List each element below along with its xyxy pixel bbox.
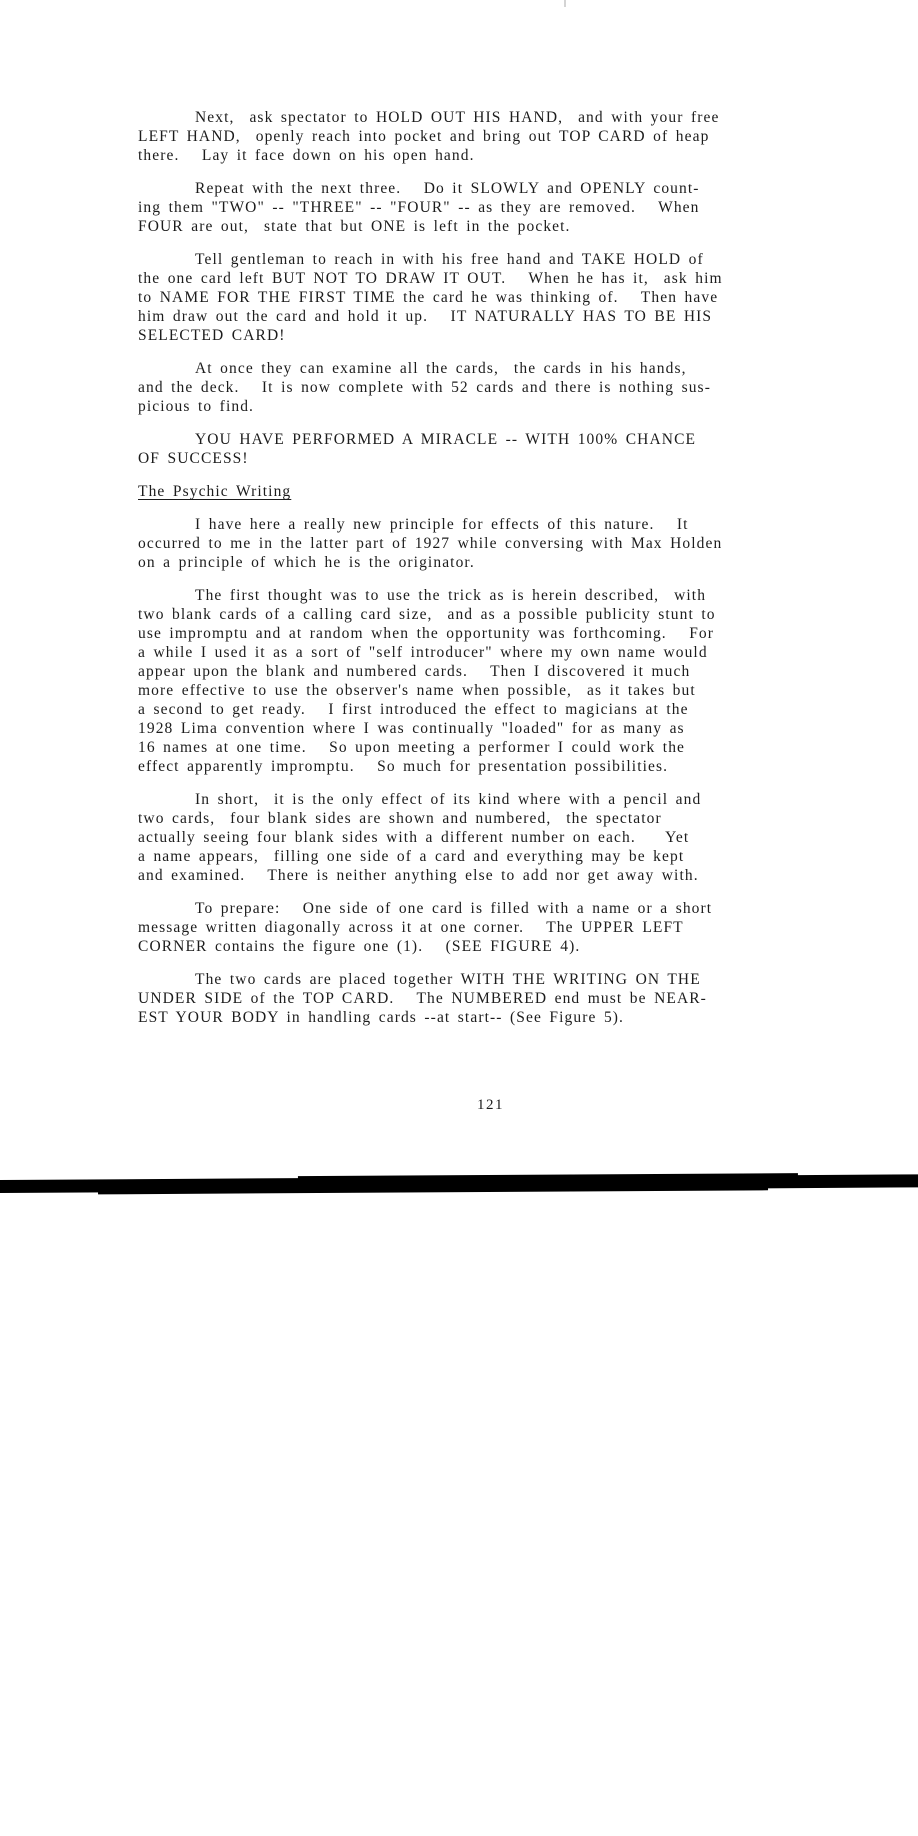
paragraph-first-thought: The first thought was to use the trick a… xyxy=(138,586,843,776)
redaction-bar-step xyxy=(98,1185,768,1194)
paragraph-two-cards-placed: The two cards are placed together WITH T… xyxy=(138,970,843,1027)
scan-artifact xyxy=(564,0,566,7)
section-heading: The Psychic Writing xyxy=(138,482,843,501)
paragraph-repeat-next-three: Repeat with the next three. Do it SLOWLY… xyxy=(138,179,843,236)
paragraph-in-short: In short, it is the only effect of its k… xyxy=(138,790,843,885)
paragraph-hold-out-hand: Next, ask spectator to HOLD OUT HIS HAND… xyxy=(138,108,843,165)
paragraph-to-prepare: To prepare: One side of one card is fill… xyxy=(138,899,843,956)
paragraph-new-principle: I have here a really new principle for e… xyxy=(138,515,843,572)
redaction-bar xyxy=(0,1174,918,1193)
page-text: Next, ask spectator to HOLD OUT HIS HAND… xyxy=(138,108,843,1114)
scanned-page: Next, ask spectator to HOLD OUT HIS HAND… xyxy=(0,0,918,1836)
redaction-bar-step xyxy=(298,1173,798,1180)
paragraph-examine-cards: At once they can examine all the cards, … xyxy=(138,359,843,416)
page-number: 121 xyxy=(138,1097,843,1114)
paragraph-miracle: YOU HAVE PERFORMED A MIRACLE -- WITH 100… xyxy=(138,430,843,468)
paragraph-take-hold: Tell gentleman to reach in with his free… xyxy=(138,250,843,345)
